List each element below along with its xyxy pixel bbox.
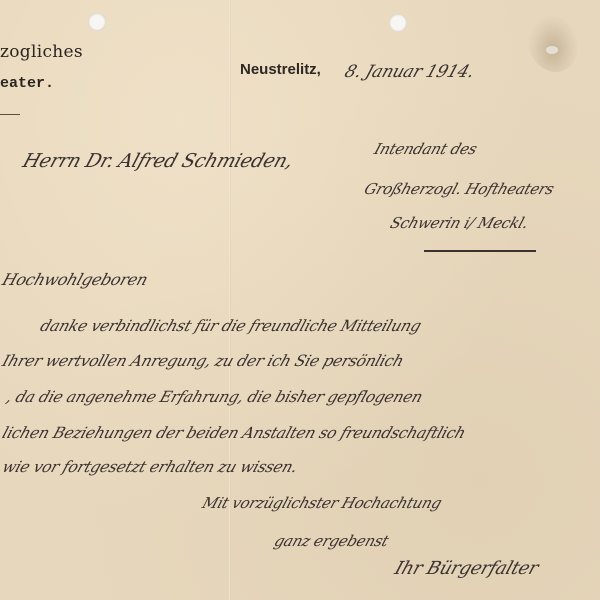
letterhead-place: Neustrelitz, — [240, 61, 321, 78]
letter-date: 8. Januar 1914. — [342, 62, 477, 82]
body-line: wie vor fortgesetzt erhalten zu wissen. — [0, 458, 300, 476]
body-line: danke verbindlichst für die freundliche … — [38, 317, 423, 335]
letterhead-rule — [0, 114, 20, 115]
closing-line-1: Mit vorzüglichster Hochachtung — [200, 494, 444, 512]
letterhead-line-2: eater. — [0, 75, 54, 92]
body-line: Ihrer wertvollen Anregung, zu der ich Si… — [0, 352, 406, 370]
greeting: Hochwohlgeboren — [0, 270, 150, 289]
address-underline — [424, 250, 536, 252]
body-line: lichen Beziehungen der beiden Anstalten … — [0, 424, 468, 442]
punch-hole-left — [88, 13, 106, 31]
signature: Ihr Bürgerfalter — [392, 558, 541, 579]
closing-line-2: ganz ergebenst — [272, 532, 391, 550]
recipient-address-line-3: Schwerin i/ Meckl. — [388, 214, 531, 232]
letterhead-line-1: zogliches — [0, 42, 83, 62]
body-line: , da die angenehme Erfahrung, die bisher… — [4, 388, 425, 406]
recipient-name: Herrn Dr. Alfred Schmieden, — [20, 150, 296, 172]
punch-hole-right — [389, 14, 407, 32]
recipient-address-line-1: Intendant des — [372, 140, 479, 158]
recipient-address-line-2: Großherzogl. Hoftheaters — [362, 180, 556, 198]
